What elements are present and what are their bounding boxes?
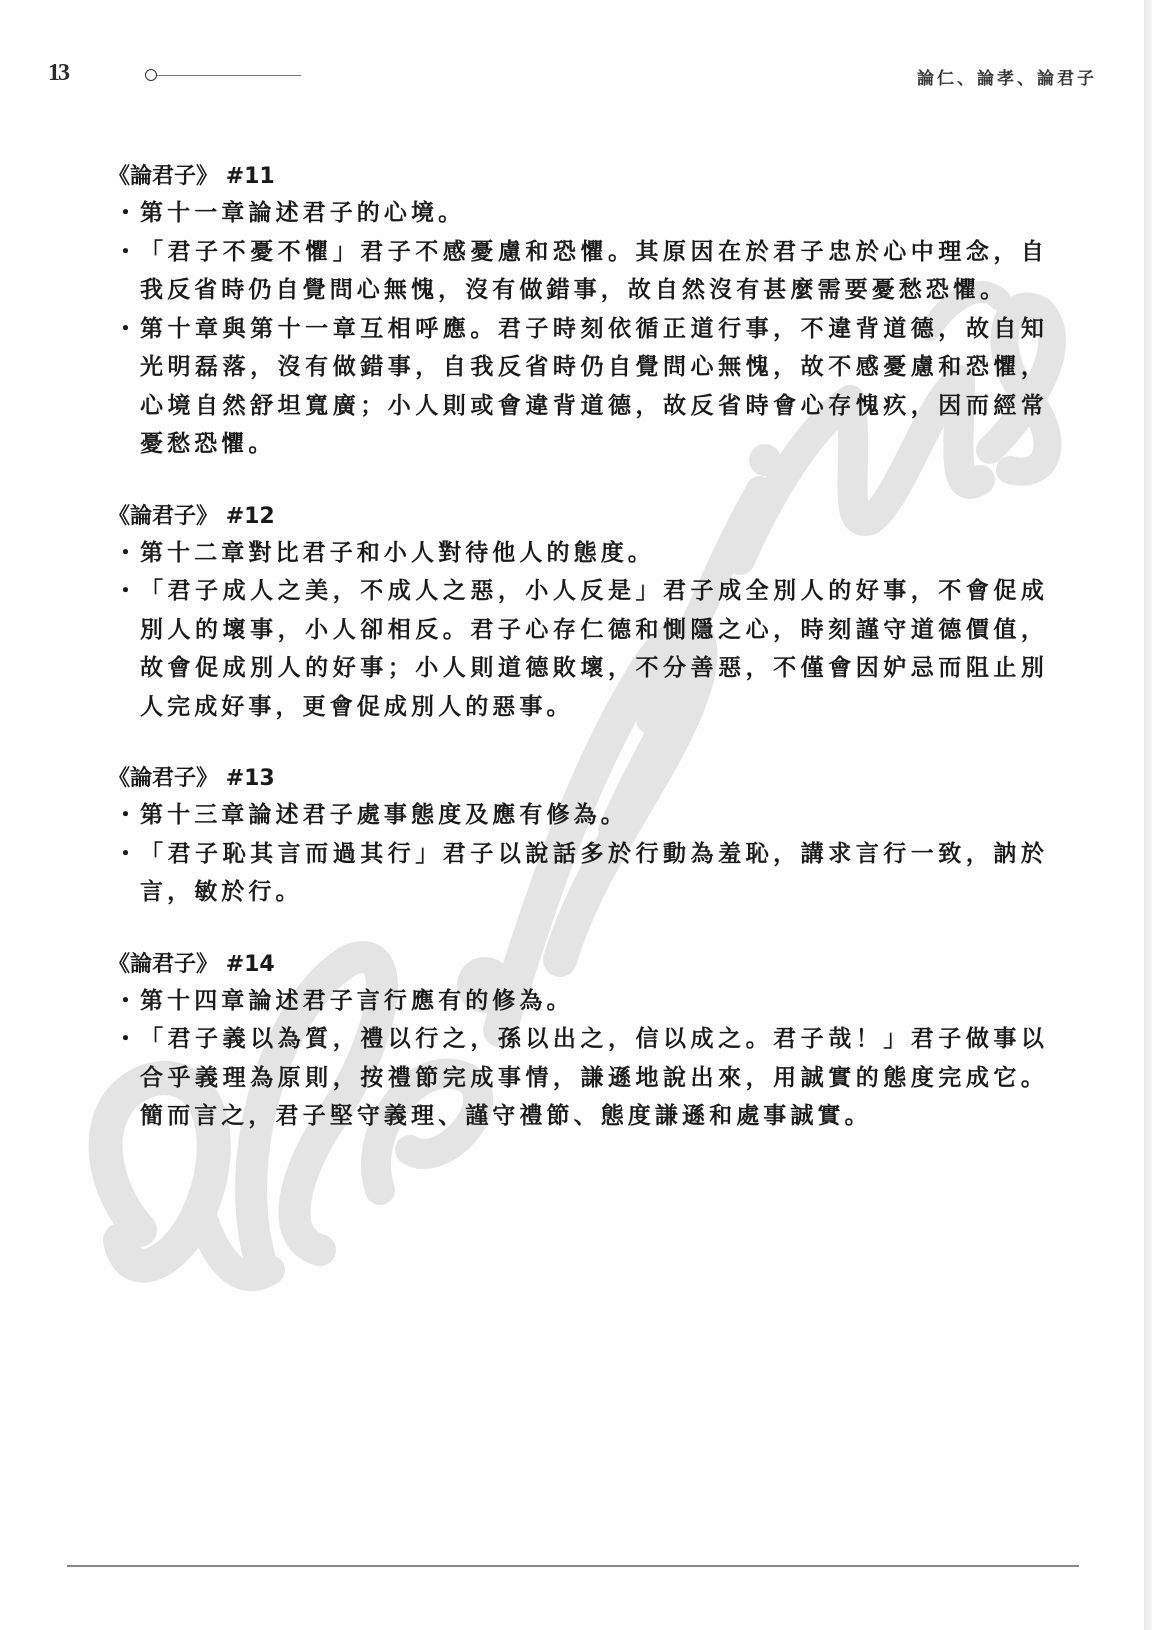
list-item: ・ 第十三章論述君子處事態度及應有修為。	[108, 796, 1048, 835]
list-item-text: 「君子義以為質，禮以行之，孫以出之，信以成之。君子哉！」君子做事以合乎義理為原則…	[140, 1025, 1048, 1129]
list-item-text: 第十三章論述君子處事態度及應有修為。	[140, 801, 628, 828]
page-edge-shadow	[1144, 0, 1152, 1630]
list-item-text: 「君子不憂不懼」君子不感憂慮和恐懼。其原因在於君子忠於心中理念，自我反省時仍自覺…	[140, 238, 1048, 304]
page-number: 13	[48, 60, 68, 87]
main-content: 《論君子》 #11 ・ 第十一章論述君子的心境。 ・ 「君子不憂不懼」君子不感憂…	[108, 158, 1048, 1170]
bullet-dot-icon: ・	[114, 233, 141, 272]
bullet-dot-icon: ・	[114, 1020, 141, 1059]
section-number: #12	[226, 504, 275, 529]
list-item-text: 第十一章論述君子的心境。	[140, 199, 465, 226]
bullet-dot-icon: ・	[114, 982, 141, 1021]
running-title: 論仁、論孝、論君子	[917, 64, 1097, 89]
section-book-title: 《論君子》	[108, 951, 218, 977]
bullet-dot-icon: ・	[114, 796, 141, 835]
footer-rule	[67, 1565, 1079, 1567]
list-item: ・ 第十四章論述君子言行應有的修為。	[108, 982, 1048, 1021]
bullet-dot-icon: ・	[114, 835, 141, 874]
list-item-text: 「君子成人之美，不成人之惡，小人反是」君子成全別人的好事，不會促成別人的壞事，小…	[140, 577, 1048, 720]
section-book-title: 《論君子》	[108, 765, 218, 791]
list-item-text: 第十章與第十一章互相呼應。君子時刻依循正道行事，不違背道德，故自知光明磊落，沒有…	[140, 315, 1048, 458]
section-12: 《論君子》 #12 ・ 第十二章對比君子和小人對待他人的態度。 ・ 「君子成人之…	[108, 498, 1048, 727]
list-item: ・ 「君子成人之美，不成人之惡，小人反是」君子成全別人的好事，不會促成別人的壞事…	[108, 572, 1048, 726]
list-item: ・ 「君子不憂不懼」君子不感憂慮和恐懼。其原因在於君子忠於心中理念，自我反省時仍…	[108, 233, 1048, 310]
section-heading: 《論君子》 #12	[108, 498, 1048, 534]
header-line	[157, 75, 301, 76]
section-11: 《論君子》 #11 ・ 第十一章論述君子的心境。 ・ 「君子不憂不懼」君子不感憂…	[108, 158, 1048, 464]
header-ornament-rule	[145, 69, 302, 81]
section-number: #11	[226, 164, 275, 189]
circle-ornament-icon	[145, 69, 157, 81]
list-item: ・ 第十章與第十一章互相呼應。君子時刻依循正道行事，不違背道德，故自知光明磊落，…	[108, 310, 1048, 464]
section-book-title: 《論君子》	[108, 163, 218, 189]
list-item-text: 第十四章論述君子言行應有的修為。	[140, 987, 574, 1014]
list-item: ・ 「君子恥其言而過其行」君子以說話多於行動為羞恥，講求言行一致，訥於言，敏於行…	[108, 835, 1048, 912]
section-book-title: 《論君子》	[108, 503, 218, 529]
bullet-dot-icon: ・	[114, 310, 141, 349]
list-item: ・ 第十一章論述君子的心境。	[108, 194, 1048, 233]
section-number: #13	[226, 766, 275, 791]
list-item-text: 第十二章對比君子和小人對待他人的態度。	[140, 539, 655, 566]
list-item-text: 「君子恥其言而過其行」君子以說話多於行動為羞恥，講求言行一致，訥於言，敏於行。	[140, 840, 1048, 906]
section-13: 《論君子》 #13 ・ 第十三章論述君子處事態度及應有修為。 ・ 「君子恥其言而…	[108, 760, 1048, 912]
bullet-dot-icon: ・	[114, 572, 141, 611]
bullet-dot-icon: ・	[114, 194, 141, 233]
section-heading: 《論君子》 #14	[108, 946, 1048, 982]
bullet-dot-icon: ・	[114, 534, 141, 573]
list-item: ・ 「君子義以為質，禮以行之，孫以出之，信以成之。君子哉！」君子做事以合乎義理為…	[108, 1020, 1048, 1136]
section-heading: 《論君子》 #11	[108, 158, 1048, 194]
section-heading: 《論君子》 #13	[108, 760, 1048, 796]
list-item: ・ 第十二章對比君子和小人對待他人的態度。	[108, 534, 1048, 573]
section-14: 《論君子》 #14 ・ 第十四章論述君子言行應有的修為。 ・ 「君子義以為質，禮…	[108, 946, 1048, 1136]
section-number: #14	[226, 952, 275, 977]
